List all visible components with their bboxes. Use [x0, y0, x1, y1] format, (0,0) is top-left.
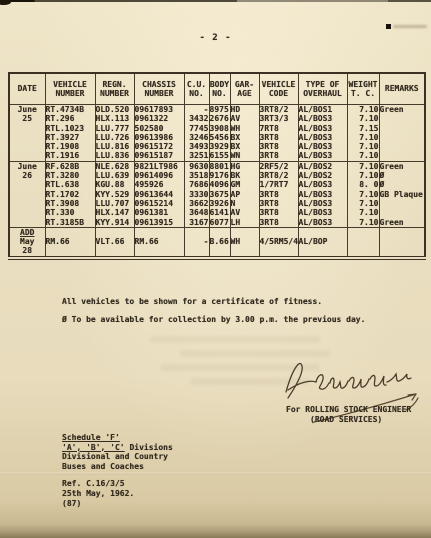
column-header: WEIGHTT. C. — [347, 73, 379, 105]
bleed-through-mark — [150, 336, 320, 343]
signature-dept-line: (ROAD SERVICES) — [310, 415, 382, 424]
footer-line4: Buses and Coaches — [62, 462, 173, 472]
signature-for-line: For ROLLING STOCK ENGINEER — [286, 405, 411, 414]
cell-chassis: 0961789309613225025800961398609615172096… — [134, 105, 184, 162]
cell-overhaul: AL/BOP — [298, 227, 347, 257]
cell-overhaul: AL/BOS1AL/BOS3AL/BOS3AL/BOS3AL/BOS3AL/BO… — [298, 105, 347, 162]
scan-edge-artifact — [0, 0, 431, 2]
column-header: REGN.NUMBER — [95, 73, 134, 105]
cell-cu: - — [184, 227, 209, 257]
column-header: VEHICLENUMBER — [45, 73, 95, 105]
cell-remarks — [379, 227, 425, 257]
vehicle-table: DATEVEHICLENUMBERREGN.NUMBERCHASSISNUMBE… — [8, 72, 426, 260]
cell-overhaul: AL/BOS2AL/BOS2AL/BOS3AL/BOS3AL/BOS3AL/BO… — [298, 161, 347, 227]
cell-regn: OLD.520HLX.113LLU.777LLU.726LLU.816LLU.8… — [95, 105, 134, 162]
note-certificate-of-fitness: All vehicles to be shown for a certifica… — [62, 297, 322, 306]
cell-code: 3RT8/23RT3/37RT83RT83RT83RT8 — [259, 105, 298, 162]
scanned-document-page: - 2 - DATEVEHICLENUMBERREGN.NUMBERCHASSI… — [0, 0, 431, 538]
scan-corner-artifact — [0, 0, 11, 5]
footer-block: Schedule 'F' 'A', 'B', 'C' Divisions Div… — [62, 433, 173, 508]
cell-code: 4/5RM5/4 — [259, 227, 298, 257]
footer-divisions: 'A', 'B', 'C' Divisions — [62, 443, 173, 453]
footer-copy-number: (87) — [62, 499, 173, 509]
column-header: DATE — [9, 73, 45, 105]
cell-chassis: 9821LT9860961409649592609613644096152140… — [134, 161, 184, 227]
column-header: VEHICLECODE — [259, 73, 298, 105]
column-header: BODYNO. — [209, 73, 230, 105]
cell-cu: -34327745324634933251 — [184, 105, 209, 162]
cell-remarks: GreenØØGB Plaque Green — [379, 161, 425, 227]
note-collection-time: Ø To be available for collection by 3.00… — [62, 315, 365, 324]
cell-body: B.66 — [209, 227, 230, 257]
footer-divisions-letters: 'A', 'B', 'C' — [62, 443, 125, 452]
smudge-mark — [393, 25, 427, 28]
cell-vehicle: RT.4734BRT.296RTL.1023RT.3927RT.1908RT.1… — [45, 105, 95, 162]
page-number: - 2 - — [0, 33, 431, 43]
cell-garage: HGBKGMAPNAVLH — [230, 161, 259, 227]
cell-date: ADDMay28 — [9, 227, 45, 257]
cell-body: 8801917640963675392661416077 — [209, 161, 230, 227]
cell-vehicle: RM.66 — [45, 227, 95, 257]
column-header: GAR-AGE — [230, 73, 259, 105]
table-group-row: June25RT.4734BRT.296RTL.1023RT.3927RT.19… — [9, 105, 425, 162]
ink-blot-mark — [386, 24, 391, 29]
cell-weight: 7.107.108. 07.107.107.107.10 — [347, 161, 379, 227]
cell-remarks: Green — [379, 105, 425, 162]
footer-divisions-rest: Divisions — [125, 443, 173, 452]
cell-vehicle: RF.628BRT.3280RTL.638RT.1702RT.3908RT.33… — [45, 161, 95, 227]
table-header-row: DATEVEHICLENUMBERREGN.NUMBERCHASSISNUMBE… — [9, 73, 425, 105]
cell-weight: 7.107.107.157.107.107.10 — [347, 105, 379, 162]
cell-garage: WH — [230, 227, 259, 257]
scan-bottom-shadow — [0, 524, 431, 538]
cell-regn: VLT.66 — [95, 227, 134, 257]
column-header: TYPE OFOVERHAUL — [298, 73, 347, 105]
cell-body: 897526763908545639296155 — [209, 105, 230, 162]
cell-regn: NLE.628LLU.639KGU.88KYY.529LLU.707HLX.14… — [95, 161, 134, 227]
column-header: REMARKS — [379, 73, 425, 105]
cell-code: 2RF5/23RT8/21/7RT73RT83RT83RT83RT8 — [259, 161, 298, 227]
footer-date: 25th May, 1962. — [62, 489, 173, 499]
column-header: CHASSISNUMBER — [134, 73, 184, 105]
cell-date: June26 — [9, 161, 45, 227]
table-group-row: ADDMay28 RM.66 VLT.66 RM.66 - B.66 WH 4/… — [9, 227, 425, 257]
footer-schedule: Schedule 'F' — [62, 433, 173, 443]
cell-date: June25 — [9, 105, 45, 162]
footer-ref: Ref. C.16/3/5 — [62, 479, 173, 489]
column-header: C.U.NO. — [184, 73, 209, 105]
table-group-row: June26RF.628BRT.3280RTL.638RT.1702RT.390… — [9, 161, 425, 227]
cell-weight — [347, 227, 379, 257]
cell-garage: HDAVWHBXBXWN — [230, 105, 259, 162]
footer-line3: Divisional and Country — [62, 452, 173, 462]
cell-cu: 9630351876863330366236483167 — [184, 161, 209, 227]
cell-chassis: RM.66 — [134, 227, 184, 257]
